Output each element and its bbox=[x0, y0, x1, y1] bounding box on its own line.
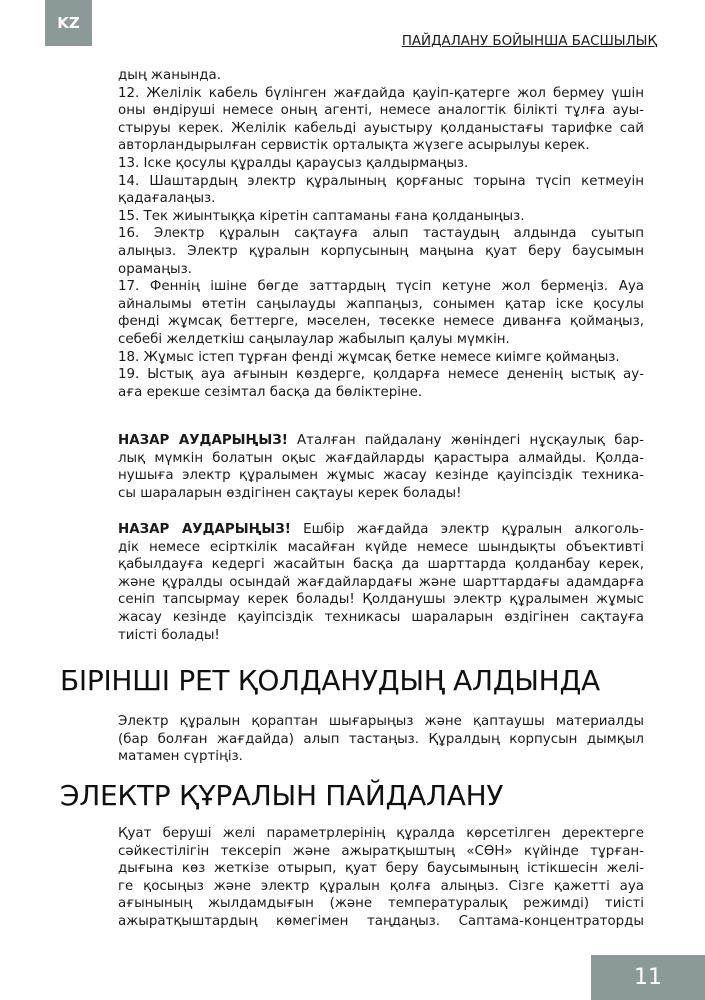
list-item-18: 18. Жұмыс істеп тұрған фенді жұмсақ бетк… bbox=[118, 349, 644, 367]
warning-line: дік немесе есірткілік масайған күйде нем… bbox=[118, 539, 644, 557]
section-body-tool-usage: Қуат беруші желі параметрлерінің құралда… bbox=[118, 825, 644, 931]
list-item-17-line: айналымы өтетін саңылауды жаппаңыз, соны… bbox=[118, 296, 644, 314]
section-heading-before-first-use: БІРІНШІ РЕТ ҚОЛДАНУДЫҢ АЛДЫНДА bbox=[60, 664, 600, 697]
list-item-16-line: орамаңыз. bbox=[118, 261, 644, 279]
warning-text: Аталған пайдалану жөніндегі нұсқаулық ба… bbox=[288, 433, 644, 448]
list-item-12-line: стыруы керек. Желілік кабельді ауыстыру … bbox=[118, 120, 644, 138]
warning-label: НАЗАР АУДАРЫҢЫЗ! bbox=[118, 522, 291, 537]
section-line: ағынының жылдамдығын (және температуралы… bbox=[118, 895, 644, 913]
list-item-15: 15. Тек жиынтыққа кіретін саптаманы ғана… bbox=[118, 208, 644, 226]
warning-text: Ешбір жағдайда электр құралын алкоголь- bbox=[291, 522, 644, 537]
warning-label: НАЗАР АУДАРЫҢЫЗ! bbox=[118, 433, 288, 448]
page-number: 11 bbox=[634, 965, 662, 990]
warning-line: жасау кезінде қауіпсіздік техникасы шара… bbox=[118, 609, 644, 627]
section-line: (бар болған жағдайда) алып тастаңыз. Құр… bbox=[118, 731, 644, 749]
list-item-19-line: аға ерекше сезімтал басқа да бөліктеріне… bbox=[118, 384, 644, 402]
list-item-19-line: 19. Ыстық ауа ағынын көздерге, қолдарға … bbox=[118, 366, 644, 384]
list-item-14-line: 14. Шаштардың электр құралының қорғаныс … bbox=[118, 173, 644, 191]
section-line: ге қосыңыз және электр құралын қолға алы… bbox=[118, 878, 644, 896]
list-item-12-line: 12. Желілік кабель бүлінген жағдайда қау… bbox=[118, 85, 644, 103]
list-item-17-line: себебі желдеткіш саңылаулар жабылып қалу… bbox=[118, 331, 644, 349]
list-item-16-line: алыңыз. Электр құралын корпусының маңына… bbox=[118, 243, 644, 261]
list-item-12-line: авторландырылған сервистік орталықта жүз… bbox=[118, 137, 644, 155]
section-line: Қуат беруші желі параметрлерінің құралда… bbox=[118, 825, 644, 843]
list-continuation: дың жанында. bbox=[118, 67, 644, 85]
page-number-tab: 11 bbox=[591, 955, 705, 1000]
warning-paragraph-1: НАЗАР АУДАРЫҢЫЗ! Аталған пайдалану жөнін… bbox=[118, 432, 644, 502]
warning-line: сы шараларын өздігінен сақтауы керек бол… bbox=[118, 485, 644, 503]
section-line: сәйкестілігін тексеріп және ажыратқыштың… bbox=[118, 843, 644, 861]
warning-line: қабылдауға кедергі жасайтын басқа да шар… bbox=[118, 556, 644, 574]
safety-instructions-list: дың жанында. 12. Желілік кабель бүлінген… bbox=[118, 67, 644, 401]
warning-line: тиісті болады! bbox=[118, 627, 644, 645]
section-heading-tool-usage: ЭЛЕКТР ҚҰРАЛЫН ПАЙДАЛАНУ bbox=[60, 779, 503, 812]
warning-first-line: НАЗАР АУДАРЫҢЫЗ! Аталған пайдалану жөнін… bbox=[118, 432, 644, 450]
section-body-before-first-use: Электр құралын қораптан шығарыңыз және қ… bbox=[118, 713, 644, 766]
list-item-17-line: 17. Феннің ішіне бөгде заттардың түсіп к… bbox=[118, 278, 644, 296]
list-item-12-line: оны өндіруші немесе оның агенті, немесе … bbox=[118, 102, 644, 120]
warning-first-line: НАЗАР АУДАРЫҢЫЗ! Ешбір жағдайда электр қ… bbox=[118, 521, 644, 539]
section-line: дығына көз жеткізе отырып, қуат беру бау… bbox=[118, 860, 644, 878]
language-code: KZ bbox=[57, 14, 80, 32]
section-line: ажыратқыштардың көмегімен таңдаңыз. Сапт… bbox=[118, 913, 644, 931]
warning-line: және құралды осындай жағдайлардағы және … bbox=[118, 574, 644, 592]
section-line: матамен сүртіңіз. bbox=[118, 748, 644, 766]
section-line: Электр құралын қораптан шығарыңыз және қ… bbox=[118, 713, 644, 731]
warning-line: нушыға электр құралымен жұмыс жасау кезі… bbox=[118, 467, 644, 485]
list-item-13: 13. Іске қосулы құралды қараусыз қалдырм… bbox=[118, 155, 644, 173]
warning-line: сеніп тапсырмау керек болады! Қолданушы … bbox=[118, 591, 644, 609]
list-item-17-line: фенді жұмсақ беттерге, мәселен, төсекке … bbox=[118, 313, 644, 331]
list-item-16-line: 16. Электр құралын сақтауға алып тастауд… bbox=[118, 225, 644, 243]
language-tab: KZ bbox=[45, 0, 92, 46]
warning-paragraph-2: НАЗАР АУДАРЫҢЫЗ! Ешбір жағдайда электр қ… bbox=[118, 521, 644, 644]
running-header-title: ПАЙДАЛАНУ БОЙЫНША БАСШЫЛЫҚ bbox=[402, 34, 657, 49]
warning-line: лық мүмкін болатын оқыс жағдайларды қара… bbox=[118, 450, 644, 468]
list-item-14-line: қадағалаңыз. bbox=[118, 190, 644, 208]
